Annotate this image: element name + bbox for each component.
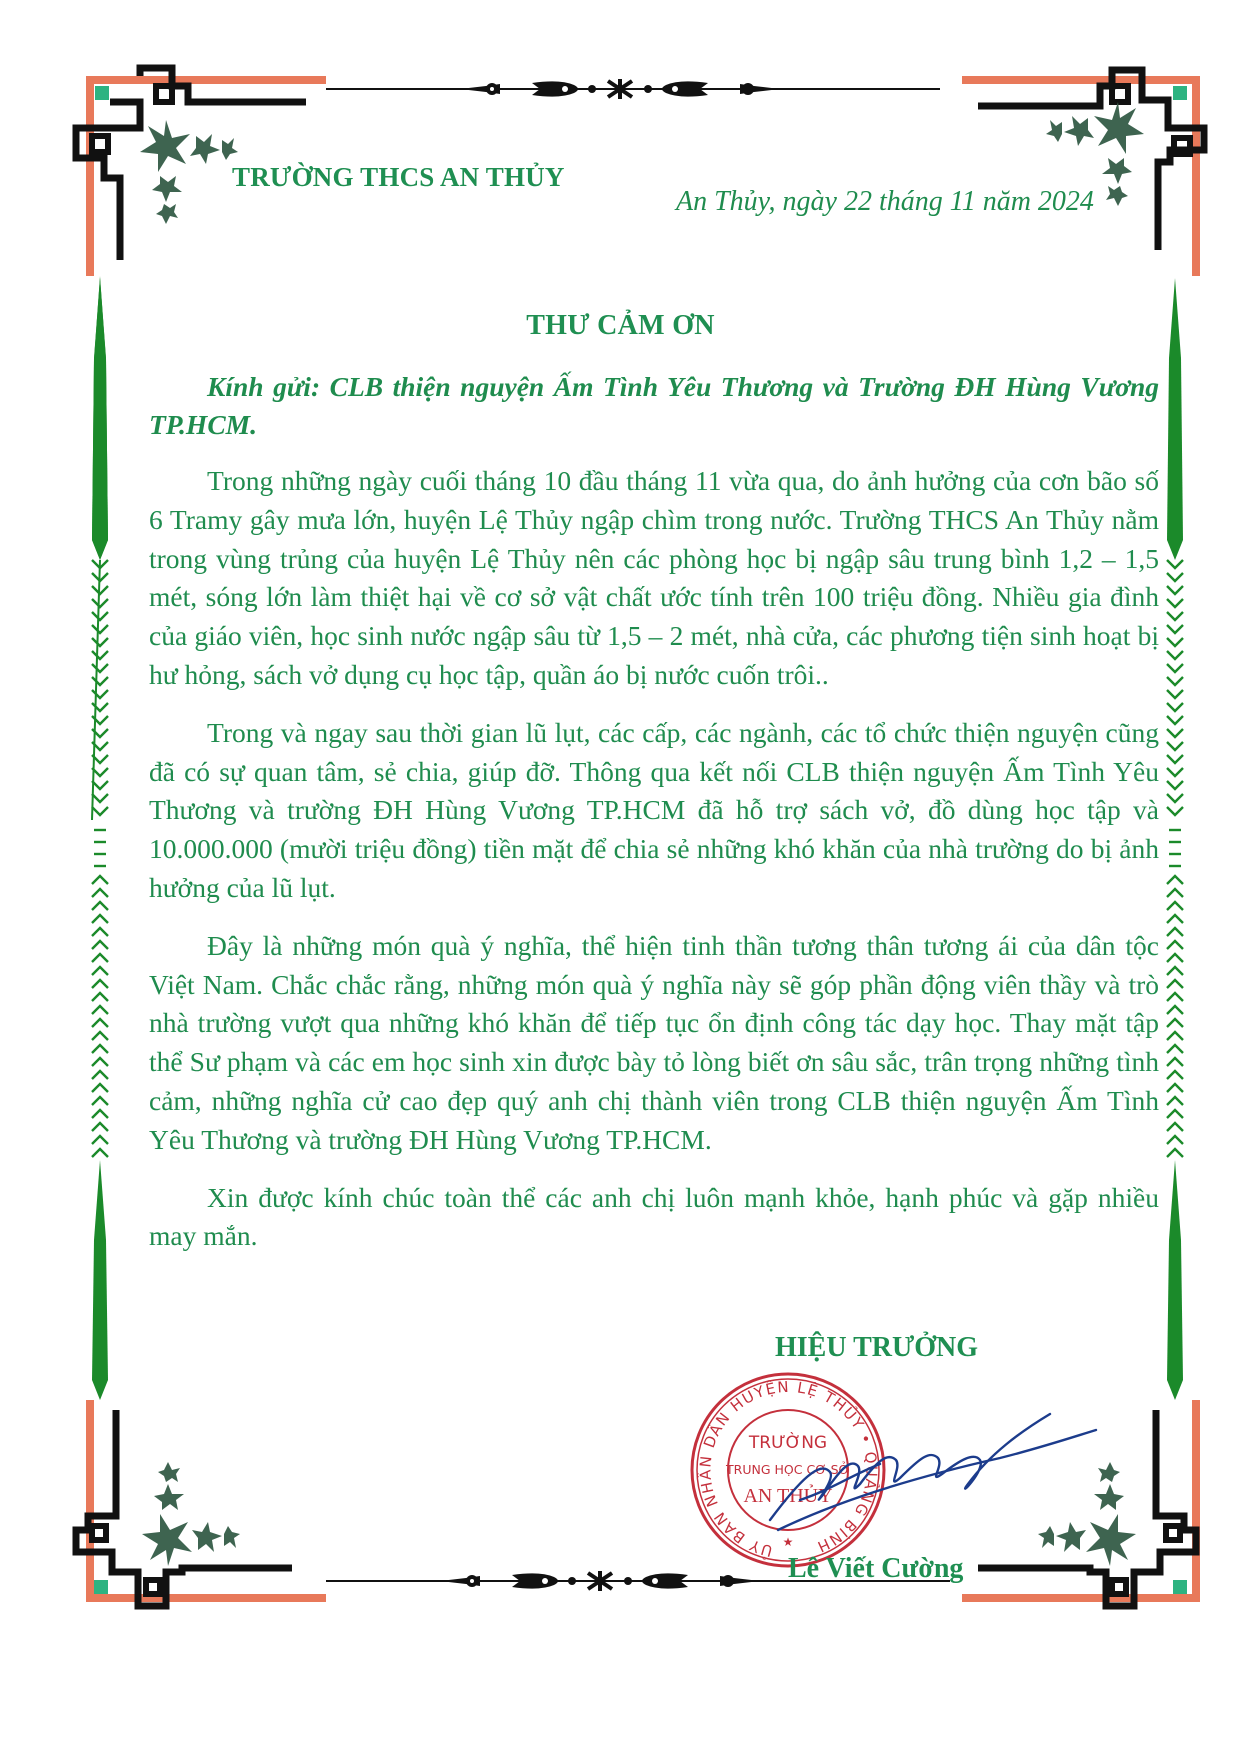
paragraph-1: Trong những ngày cuối tháng 10 đầu tháng… [149, 462, 1159, 695]
paragraph-3: Đây là những món quà ý nghĩa, thể hiện t… [149, 927, 1159, 1160]
signer-name: Lê Viết Cường [788, 1553, 963, 1585]
date-line: An Thủy, ngày 22 tháng 11 năm 2024 [676, 186, 1094, 218]
paragraph-4: Xin được kính chúc toàn thể các anh chị … [149, 1179, 1159, 1257]
paragraph-2: Trong và ngay sau thời gian lũ lụt, các … [149, 714, 1159, 908]
handwritten-signature-icon [760, 1380, 1100, 1550]
signer-title: HIỆU TRƯỞNG [775, 1332, 978, 1364]
salutation: Kính gửi: CLB thiện nguyện Ấm Tình Yêu T… [149, 368, 1159, 444]
thank-you-letter-page: TRƯỜNG THCS AN THỦY An Thủy, ngày 22 thá… [0, 0, 1241, 1755]
letter-title: THƯ CẢM ƠN [0, 310, 1241, 342]
letter-body: Kính gửi: CLB thiện nguyện Ấm Tình Yêu T… [149, 368, 1159, 1275]
school-name: TRƯỜNG THCS AN THỦY [232, 162, 565, 193]
